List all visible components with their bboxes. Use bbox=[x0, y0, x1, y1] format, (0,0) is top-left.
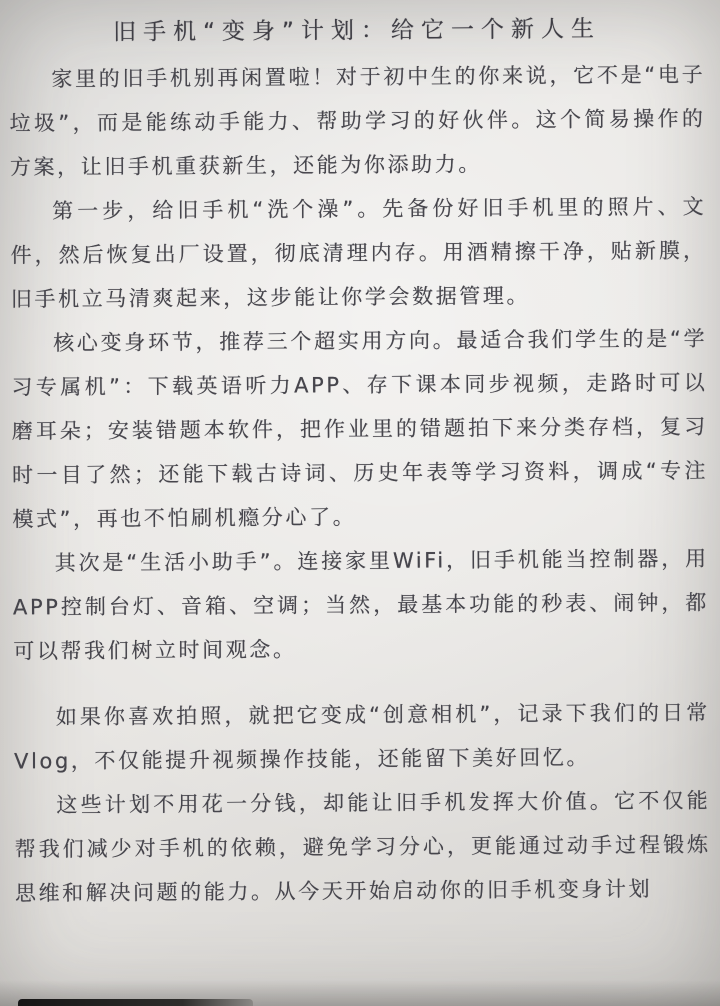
paper-sheet: 旧手机“变身”计划：给它一个新人生 家里的旧手机别再闲置啦！对于初中生的你来说，… bbox=[0, 0, 720, 1006]
handwritten-essay: 旧手机“变身”计划：给它一个新人生 家里的旧手机别再闲置啦！对于初中生的你来说，… bbox=[5, 10, 715, 916]
paragraph-conclusion: 这些计划不用花一分钱，却能让旧手机发挥大价值。它不仅能帮我们减少对手机的依赖，避… bbox=[10, 779, 715, 916]
paragraph-step1-cleanup: 第一步，给旧手机“洗个澡”。先备份好旧手机里的照片、文件，然后恢复出厂设置，彻底… bbox=[6, 185, 711, 322]
essay-title: 旧手机“变身”计划：给它一个新人生 bbox=[5, 10, 709, 48]
paragraph-creative-camera: 如果你喜欢拍照，就把它变成“创意相机”，记录下我们的日常Vlog，不仅能提升视频… bbox=[10, 691, 715, 784]
paragraph-intro: 家里的旧手机别再闲置啦！对于初中生的你来说，它不是“电子垃圾”，而是能练动手能力… bbox=[5, 53, 710, 190]
desk-edge bbox=[18, 999, 253, 1006]
paragraph-life-helper: 其次是“生活小助手”。连接家里WiFi，旧手机能当控制器，用APP控制台灯、音箱… bbox=[9, 537, 714, 674]
paragraph-core-uses-study-machine: 核心变身环节，推荐三个超实用方向。最适合我们学生的是“学习专属机”：下载英语听力… bbox=[7, 317, 713, 542]
